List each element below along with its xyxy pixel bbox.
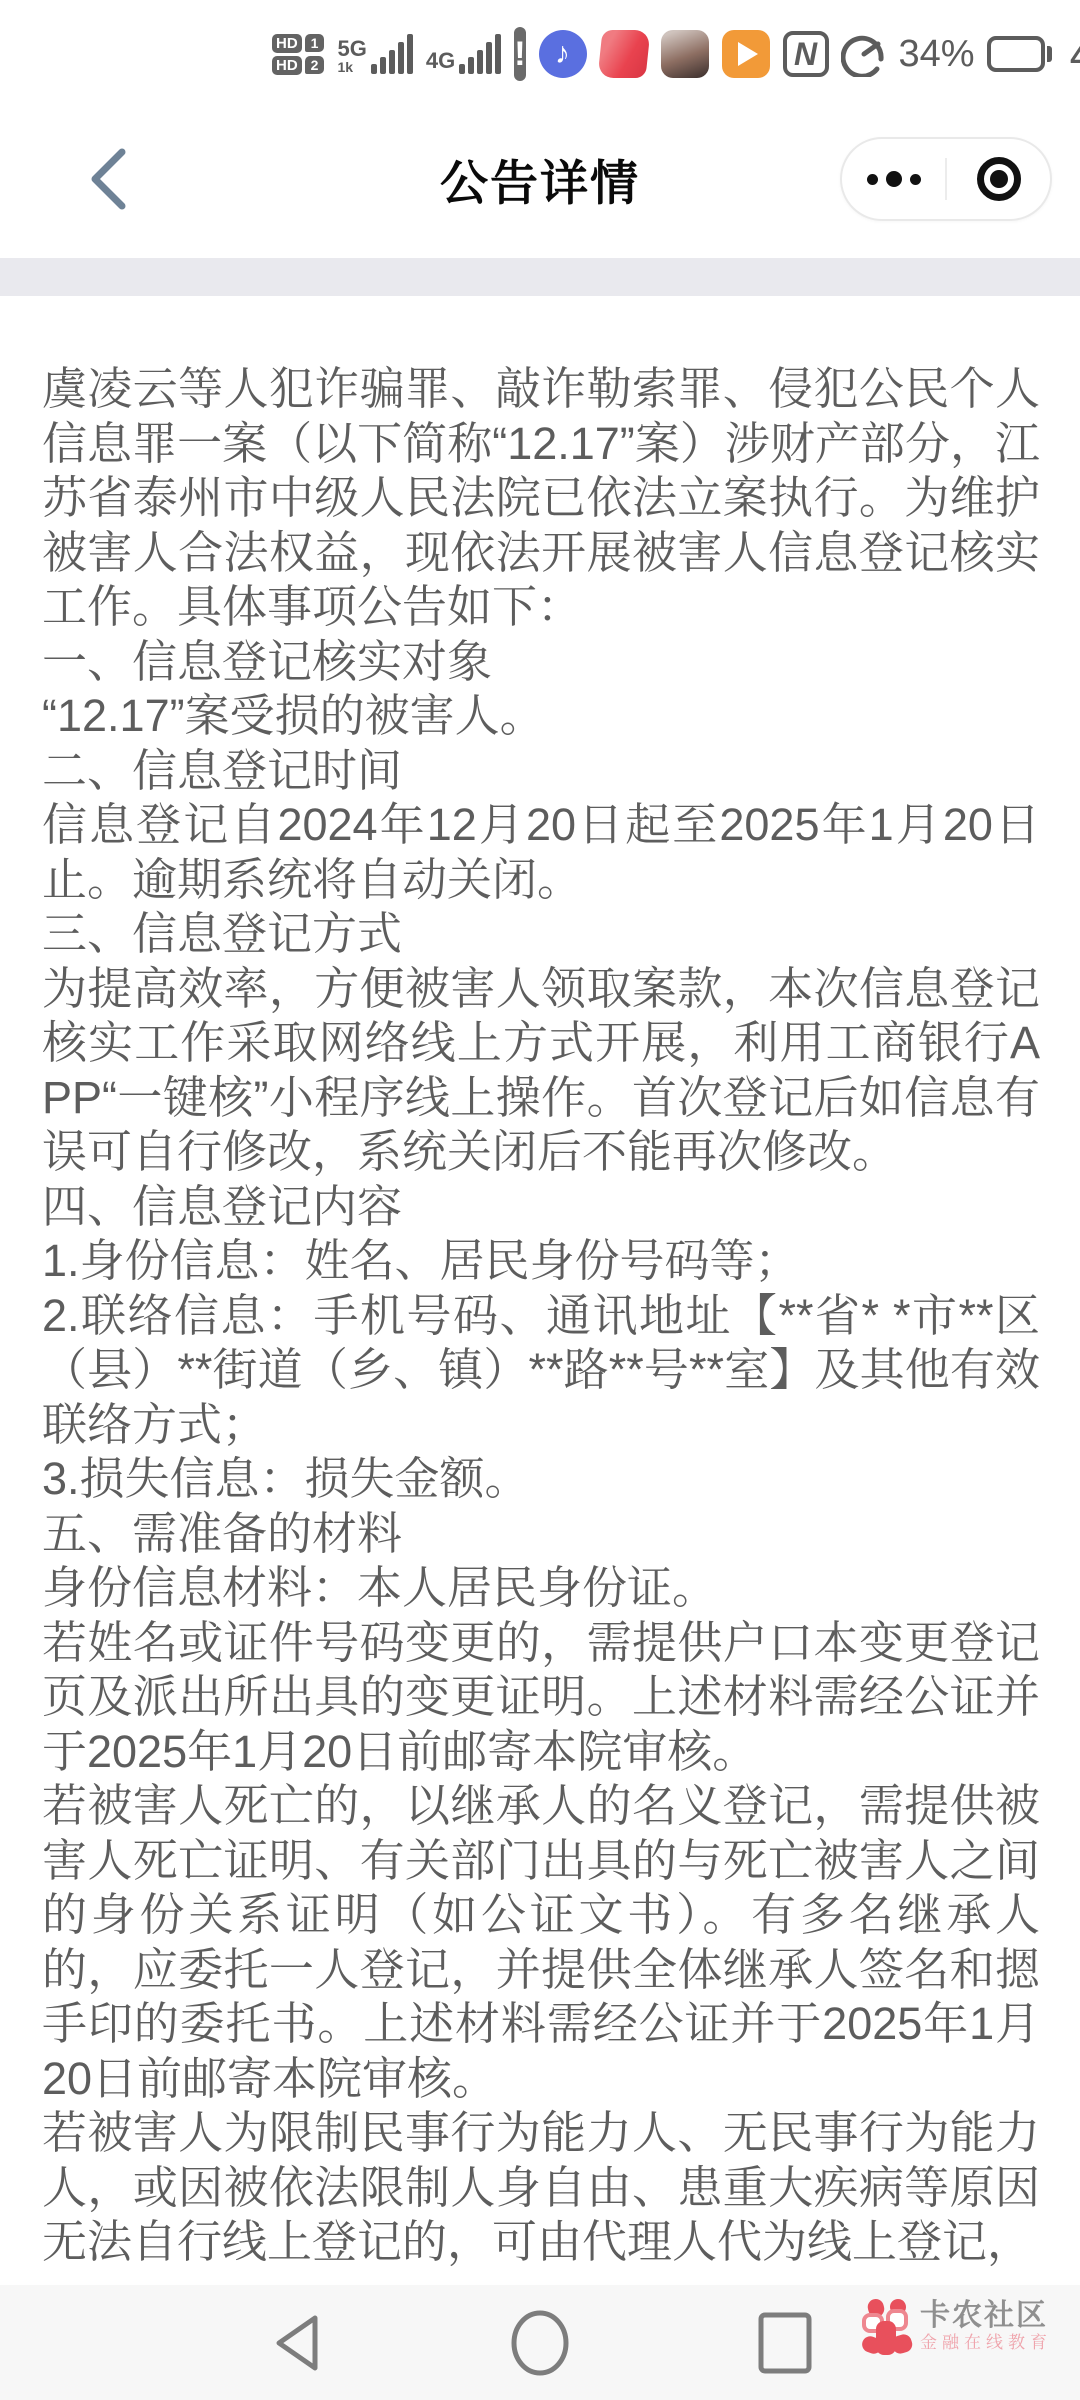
paragraph: “12.17”案受损的被害人。: [42, 689, 1040, 744]
battery-icon: [987, 36, 1052, 72]
paragraph: 2.联络信息：手机号码、通讯地址【**省* *市**区（县）**街道（乡、镇）*…: [42, 1289, 1040, 1453]
android-nav-bar: 卡农社区 金融在线教育: [0, 2285, 1080, 2400]
miniprogram-capsule: [840, 137, 1052, 221]
back-triangle-icon: [269, 2312, 321, 2374]
more-options-button[interactable]: [842, 139, 945, 219]
paragraph: 二、信息登记时间: [42, 744, 1040, 799]
close-minimize-button[interactable]: [947, 139, 1050, 219]
signal-bars-icon: [371, 34, 413, 74]
red-book-app-icon: [597, 30, 650, 78]
paragraph: 若被害人死亡的，以继承人的名义登记，需提供被害人死亡证明、有关部门出具的与死亡被…: [42, 1779, 1040, 2106]
signal-bars-icon: [459, 34, 501, 74]
paragraph: 虞凌云等人犯诈骗罪、敲诈勒索罪、侵犯公民个人信息罪一案（以下简称“12.17”案…: [42, 362, 1040, 635]
video-play-app-icon: [722, 30, 770, 78]
phone-screen: HD 1 HD 2 5G 1k 4G ! ♪ N: [0, 0, 1080, 2400]
paragraph: 五、需准备的材料: [42, 1507, 1040, 1562]
watermark-title: 卡农社区: [920, 2299, 1052, 2332]
paragraph: 3.损失信息：损失金额。: [42, 1452, 1040, 1507]
paragraph: 四、信息登记内容: [42, 1180, 1040, 1235]
paragraph: 若姓名或证件号码变更的，需提供户口本变更登记页及派出所出具的变更证明。上述材料需…: [42, 1616, 1040, 1780]
header-separator-band: [0, 258, 1080, 296]
hd-sim-indicators: HD 1 HD 2: [272, 34, 324, 75]
status-bar: HD 1 HD 2 5G 1k 4G ! ♪ N: [0, 0, 1080, 100]
network2-label: 4G: [426, 48, 455, 74]
home-circle-icon: [507, 2310, 573, 2376]
kanong-logo-icon: [860, 2299, 912, 2355]
nav-back-button[interactable]: [255, 2303, 335, 2383]
page-title: 公告详情: [440, 145, 640, 214]
paragraph: 一、信息登记核实对象: [42, 635, 1040, 690]
paragraph: 1.身份信息：姓名、居民身份号码等；: [42, 1234, 1040, 1289]
watermark: 卡农社区 金融在线教育: [860, 2299, 1052, 2355]
announcement-body[interactable]: 虞凌云等人犯诈骗罪、敲诈勒索罪、侵犯公民个人信息罪一案（以下简称“12.17”案…: [0, 296, 1080, 2285]
network1-label: 5G: [337, 38, 366, 60]
nfc-icon: N: [783, 31, 829, 77]
back-button[interactable]: [78, 144, 138, 214]
chevron-left-icon: [89, 148, 127, 210]
nav-home-button[interactable]: [500, 2303, 580, 2383]
sim2-badge-icon: 2: [305, 56, 325, 74]
paragraph: 信息登记自2024年12月20日起至2025年1月20日止。逾期系统将自动关闭。: [42, 798, 1040, 907]
avatar-notification-icon: [661, 30, 709, 78]
play-triangle-icon: [738, 42, 758, 66]
more-dots-icon: [867, 171, 921, 187]
hd1-badge-icon: HD: [272, 34, 302, 53]
sim1-badge-icon: 1: [305, 34, 325, 52]
clock-label: 4:38: [1070, 27, 1080, 81]
battery-alert-icon: !: [514, 27, 525, 81]
paragraph: 身份信息材料：本人居民身份证。: [42, 1561, 1040, 1616]
battery-percent-label: 34%: [899, 33, 975, 76]
performance-gauge-icon: [841, 31, 887, 77]
hd2-badge-icon: HD: [272, 56, 302, 75]
paragraph: 若被害人为限制民事行为能力人、无民事行为能力人，或因被依法限制人身自由、患重大疾…: [42, 2106, 1040, 2270]
signal-sim2: 4G: [426, 34, 501, 74]
recents-square-icon: [756, 2310, 814, 2376]
paragraph: 三、信息登记方式: [42, 907, 1040, 962]
target-circle-icon: [977, 157, 1021, 201]
signal-sim1: 5G 1k: [337, 34, 412, 74]
music-app-icon: ♪: [539, 30, 587, 78]
paragraph: 为提高效率，方便被害人领取案款，本次信息登记核实工作采取网络线上方式开展，利用工…: [42, 962, 1040, 1180]
header: 公告详情: [0, 100, 1080, 258]
network1-speed: 1k: [337, 60, 353, 74]
watermark-subtitle: 金融在线教育: [920, 2334, 1052, 2353]
nav-recents-button[interactable]: [745, 2303, 825, 2383]
